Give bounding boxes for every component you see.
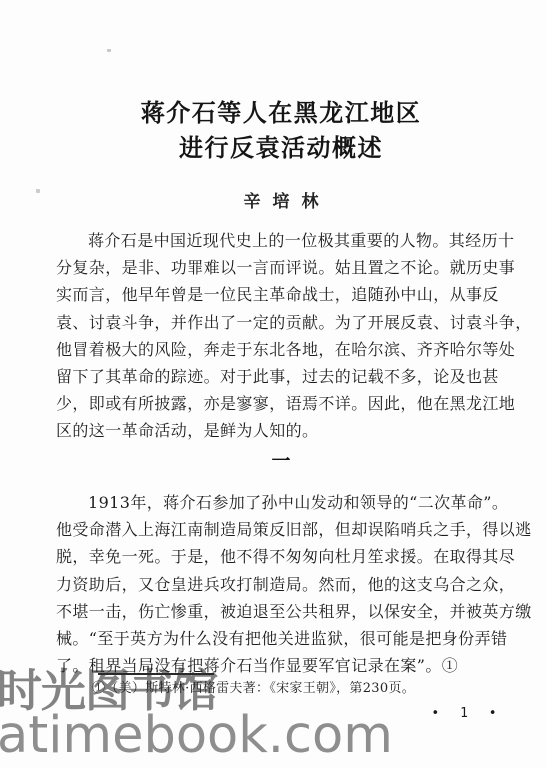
footnote-divider [98, 673, 214, 675]
text-line: 留下了其革命的踪迹。对于此事，过去的记载不多，论及也甚 [56, 363, 518, 390]
text-line: 少，即或有所披露，亦是寥寥，语焉不详。因此，他在黑龙江地 [56, 390, 518, 417]
paragraph-1: 蒋介石是中国近现代史上的一位极其重要的人物。其经历十 分复杂，是非、功罪难以一言… [56, 227, 518, 445]
text-line: 蒋介石是中国近现代史上的一位极其重要的人物。其经历十 [56, 227, 518, 254]
text-line: 1913年，蒋介石参加了孙中山发动和领导的“二次革命”。 [56, 489, 518, 516]
page-ink-layer: 蒋介石等人在黑龙江地区 进行反袁活动概述 辛培林 蒋介石是中国近现代史上的一位极… [0, 0, 546, 768]
author-name: 辛培林 [56, 187, 506, 212]
text-line: 了。租界当局没有把蒋介石当作显要军官记录在案”。① [56, 652, 518, 679]
paragraph-2: 1913年，蒋介石参加了孙中山发动和领导的“二次革命”。 他受命潜入上海江南制造… [56, 489, 518, 679]
text-line: 不堪一击，伤亡惨重，被迫退至公共租界，以保安全，并被英方缴 [56, 598, 518, 625]
page-title: 蒋介石等人在黑龙江地区 进行反袁活动概述 [56, 95, 506, 165]
page-title-line-2: 进行反袁活动概述 [56, 130, 506, 165]
text-line: 实而言，他早年曾是一位民主革命战士，追随孙中山，从事反 [56, 281, 518, 308]
scanned-book-page: 时光图书馆 atimebook.com 蒋介石等人在黑龙江地区 进行反袁活动概述… [0, 0, 546, 768]
text-line: 袁、讨袁斗争，并作出了一定的贡献。为了开展反袁、讨袁斗争， [56, 309, 518, 336]
text-line: 他受命潜入上海江南制造局策反旧部，但却误陷哨兵之手，得以逃 [56, 516, 518, 543]
text-line: 区的这一革命活动，是鲜为人知的。 [56, 417, 518, 444]
section-number-marker: 一 [56, 446, 506, 473]
footnote-citation: ①（美）斯特林·西格雷夫著：《宋家王朝》，第230页。 [92, 680, 512, 697]
page-number: • 1 • [430, 706, 500, 721]
text-line: 力资助后，又仓皇进兵攻打制造局。然而，他的这支乌合之众， [56, 571, 518, 598]
page-title-line-1: 蒋介石等人在黑龙江地区 [56, 95, 506, 130]
text-line: 械。“至于英方为什么没有把他关进监狱，很可能是把身份弄错 [56, 625, 518, 652]
text-line: 分复杂，是非、功罪难以一言而评说。姑且置之不论。就历史事 [56, 254, 518, 281]
text-line: 脱，幸免一死。于是，他不得不匆匆向杜月笙求援。在取得其尽 [56, 543, 518, 570]
text-line: 他冒着极大的风险，奔走于东北各地，在哈尔滨、齐齐哈尔等处 [56, 336, 518, 363]
